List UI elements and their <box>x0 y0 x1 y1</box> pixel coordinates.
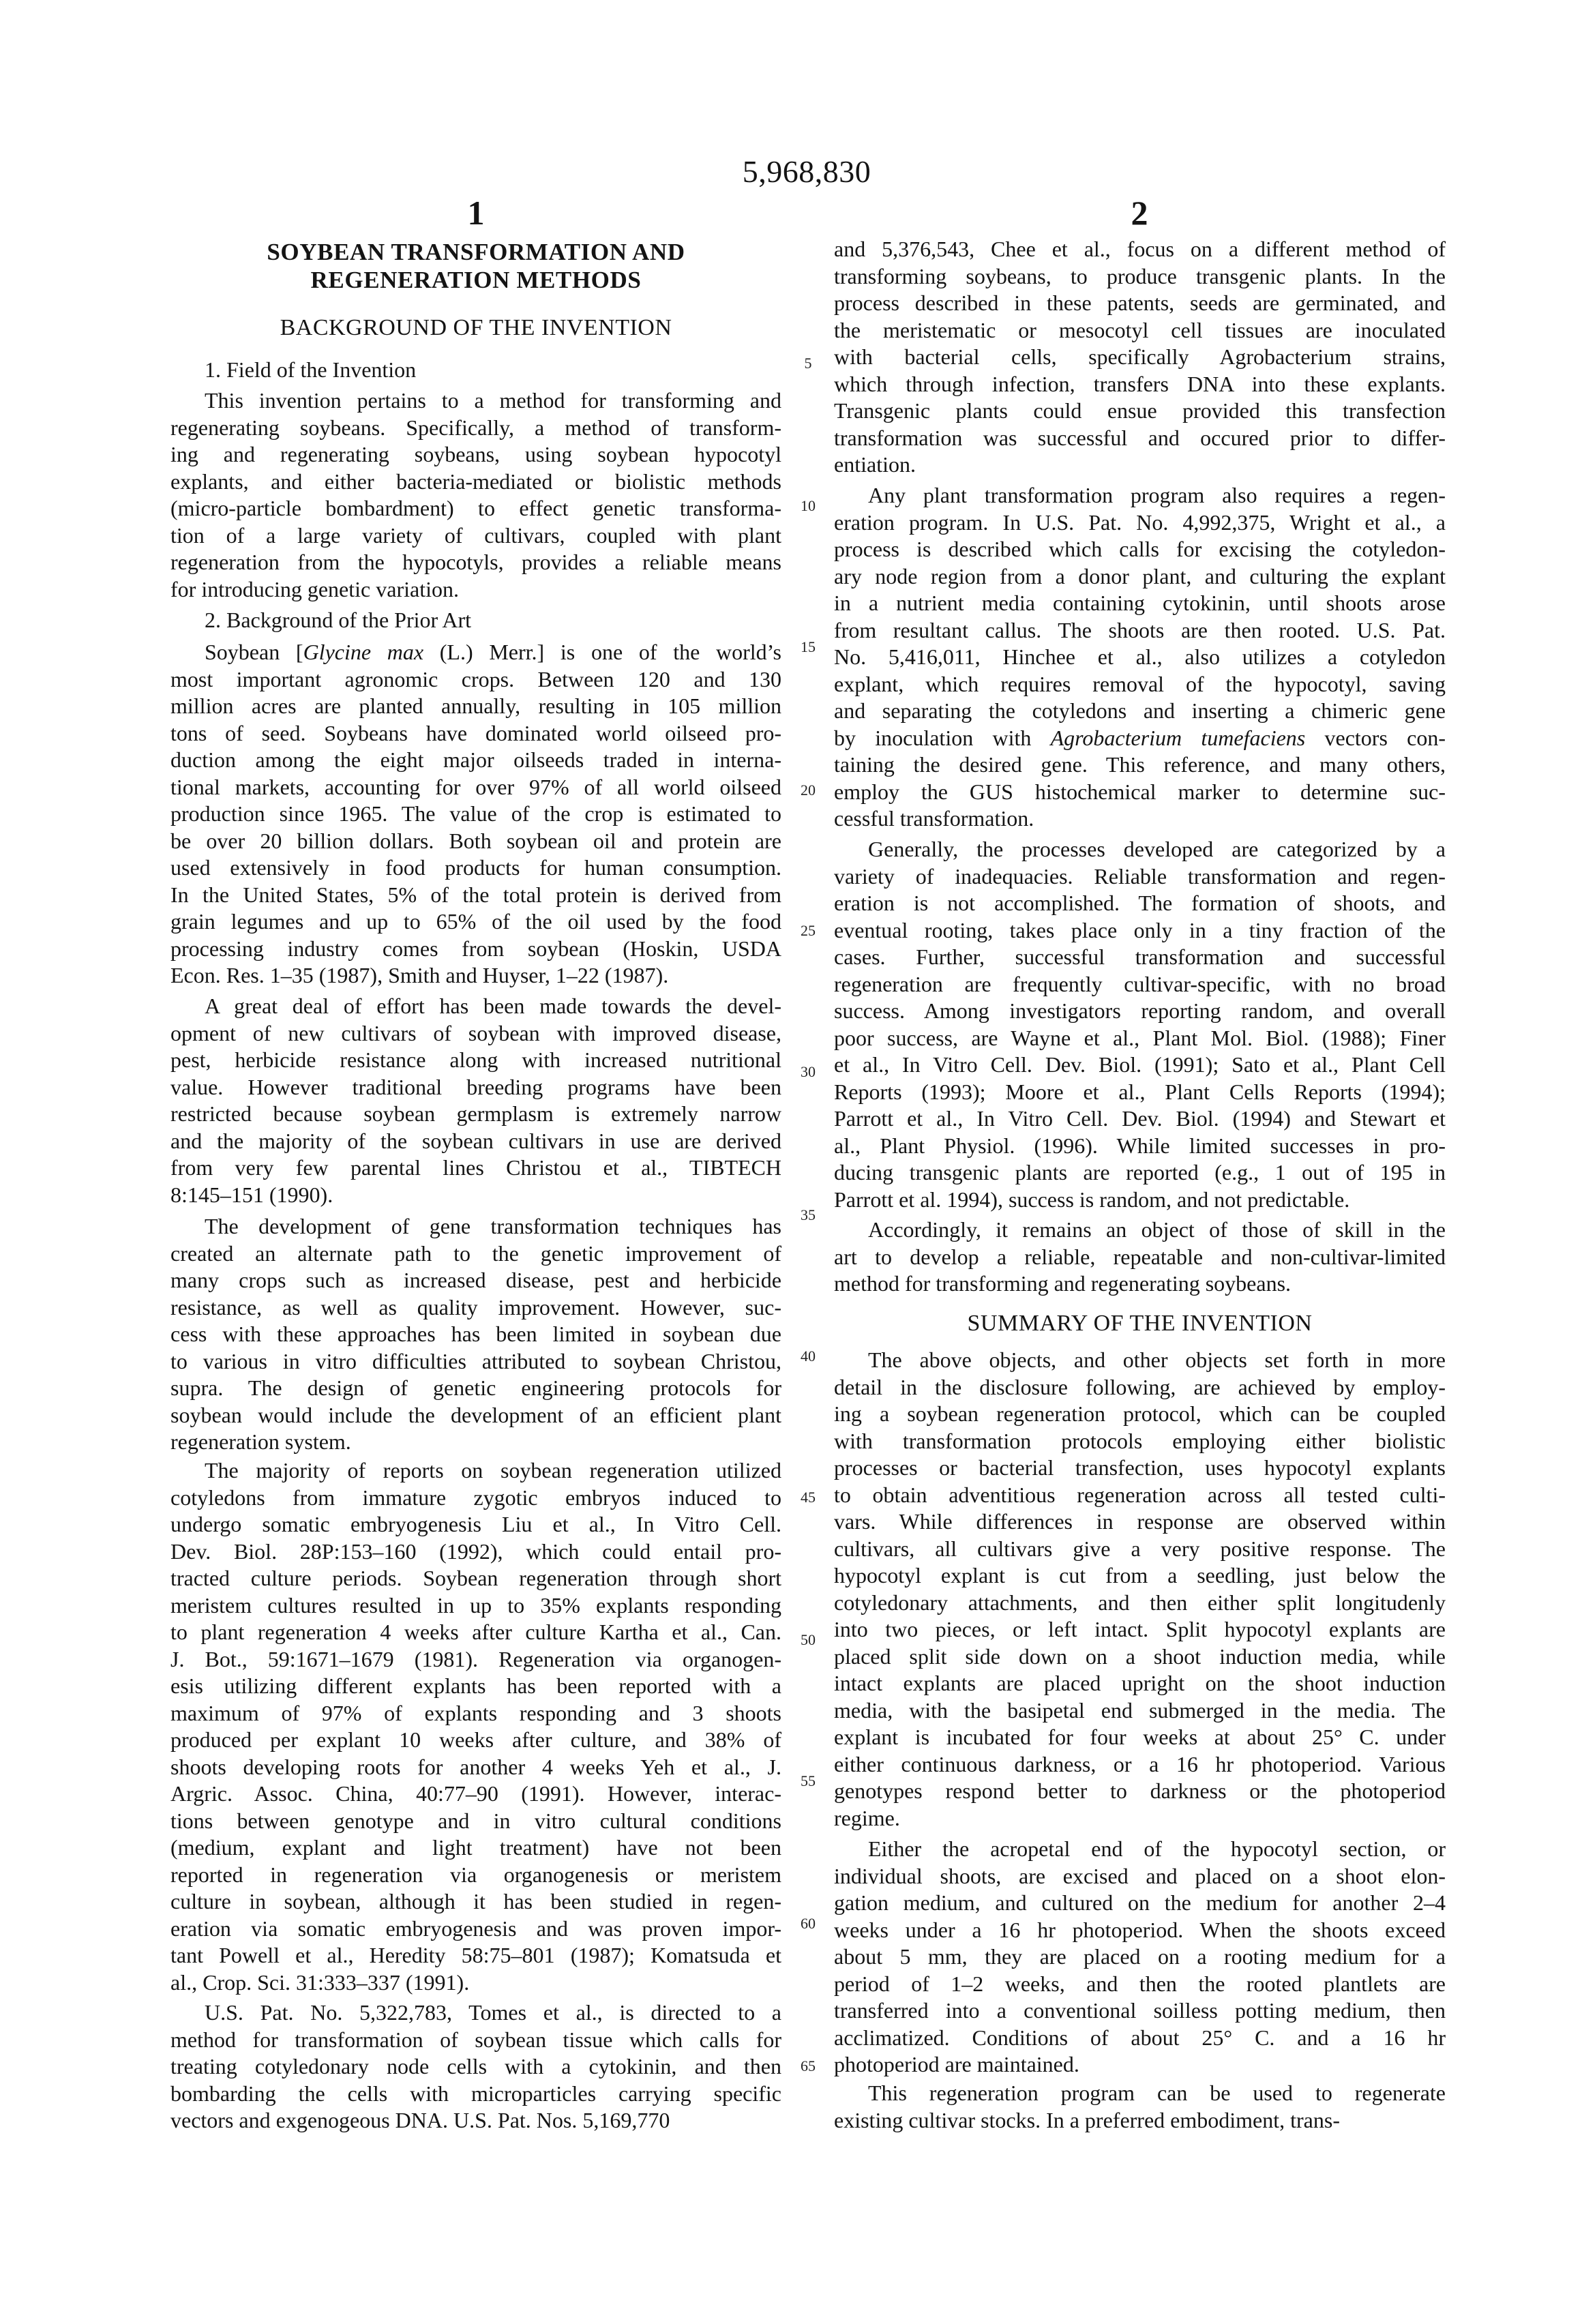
text-line: supra. The design of genetic engineering… <box>170 1375 781 1402</box>
paragraph-above-objects: The above objects, and other objects set… <box>834 1347 1446 1832</box>
text-line: cultivars, all cultivars give a very pos… <box>834 1536 1446 1563</box>
text-line: processes or bacterial transfection, use… <box>834 1455 1446 1482</box>
text-line: Generally, the processes developed are c… <box>834 836 1446 863</box>
text-line: This regeneration program can be used to… <box>834 2080 1446 2107</box>
paragraph-great-deal: A great deal of effort has been made tow… <box>170 993 781 1208</box>
paragraph-field: This invention pertains to a method for … <box>170 387 781 603</box>
text-line: gation medium, and cultured on the mediu… <box>834 1890 1446 1917</box>
text-line: Any plant transformation program also re… <box>834 482 1446 509</box>
text-line: tional markets, accounting for over 97% … <box>170 774 781 801</box>
text-line: tracted culture periods. Soybean regener… <box>170 1565 781 1592</box>
text-line: process is described which calls for exc… <box>834 536 1446 563</box>
text-line: regenerating soybeans. Specifically, a m… <box>170 415 781 442</box>
text-line: method for transforming and regenerating… <box>834 1270 1446 1298</box>
text-line: explant is incubated for four weeks at a… <box>834 1724 1446 1751</box>
text-line: al., Plant Physiol. (1996). While limite… <box>834 1133 1446 1160</box>
section-heading-background: BACKGROUND OF THE INVENTION <box>170 314 781 342</box>
text-line: by inoculation with Agrobacterium tumefa… <box>834 725 1446 752</box>
text-line: The development of gene transformation t… <box>170 1213 781 1240</box>
text-line: be over 20 billion dollars. Both soybean… <box>170 828 781 855</box>
text-line: cotyledons from immature zygotic embryos… <box>170 1485 781 1512</box>
text-line: tons of seed. Soybeans have dominated wo… <box>170 720 781 747</box>
text-line: The majority of reports on soybean regen… <box>170 1457 781 1485</box>
subheading-field-of-invention: 1. Field of the Invention <box>170 357 781 384</box>
text-line: poor success, are Wayne et al., Plant Mo… <box>834 1025 1446 1052</box>
line-number: 10 <box>791 498 825 514</box>
text-line: and the majority of the soybean cultivar… <box>170 1128 781 1155</box>
text-line: This invention pertains to a method for … <box>170 387 781 415</box>
text-line: transformation was successful and occure… <box>834 425 1446 452</box>
text-line: Soybean [Glycine max (L.) Merr.] is one … <box>170 639 781 666</box>
text-segment: by inoculation with <box>834 726 1051 750</box>
text-line: process described in these patents, seed… <box>834 290 1446 317</box>
text-line: explants, and either bacteria-mediated o… <box>170 468 781 496</box>
text-line: cotyledonary attachments, and then eithe… <box>834 1590 1446 1617</box>
text-line: cessful transformation. <box>834 805 1446 833</box>
text-line: A great deal of effort has been made tow… <box>170 993 781 1020</box>
text-line: tant Powell et al., Heredity 58:75–801 (… <box>170 1942 781 1969</box>
text-line: in a nutrient media containing cytokinin… <box>834 590 1446 617</box>
text-line: 8:145–151 (1990). <box>170 1182 781 1209</box>
text-line: treating cotyledonary node cells with a … <box>170 2053 781 2081</box>
text-line: (medium, explant and light treatment) ha… <box>170 1834 781 1862</box>
text-line: taining the desired gene. This reference… <box>834 751 1446 779</box>
text-line: ary node region from a donor plant, and … <box>834 563 1446 591</box>
line-number: 30 <box>791 1064 825 1080</box>
text-line: cess with these approaches has been limi… <box>170 1321 781 1348</box>
text-line: employ the GUS histochemical marker to d… <box>834 779 1446 806</box>
text-line: regeneration from the hypocotyls, provid… <box>170 549 781 576</box>
italic-term: Glycine max <box>303 640 424 664</box>
line-number: 25 <box>791 923 825 939</box>
text-line: the meristematic or mesocotyl cell tissu… <box>834 317 1446 344</box>
text-line: Parrott et al., In Vitro Cell. Dev. Biol… <box>834 1105 1446 1133</box>
text-line: explant, which requires removal of the h… <box>834 671 1446 698</box>
text-line: bombarding the cells with microparticles… <box>170 2081 781 2108</box>
text-segment: vectors con- <box>1305 726 1446 750</box>
subheading-prior-art: 2. Background of the Prior Art <box>170 607 781 634</box>
column-number-left: 1 <box>408 195 544 230</box>
text-line: Accordingly, it remains an object of tho… <box>834 1217 1446 1244</box>
line-number: 45 <box>791 1489 825 1506</box>
paragraph-either: Either the acropetal end of the hypocoty… <box>834 1836 1446 2079</box>
text-line: Parrott et al. 1994), success is random,… <box>834 1187 1446 1214</box>
text-line: eration is not accomplished. The formati… <box>834 890 1446 917</box>
text-line: duction among the eight major oilseeds t… <box>170 747 781 774</box>
text-line: maximum of 97% of explants responding an… <box>170 1700 781 1727</box>
text-line: from resultant callus. The shoots are th… <box>834 617 1446 644</box>
text-line: Either the acropetal end of the hypocoty… <box>834 1836 1446 1863</box>
paragraph-chee: and 5,376,543, Chee et al., focus on a d… <box>834 236 1446 479</box>
text-line: existing cultivar stocks. In a preferred… <box>834 2107 1446 2134</box>
text-line: hypocotyl explant is cut from a seedling… <box>834 1562 1446 1590</box>
text-line: eration program. In U.S. Pat. No. 4,992,… <box>834 509 1446 537</box>
text-line: placed split side down on a shoot induct… <box>834 1643 1446 1671</box>
text-segment: Soybean [ <box>205 640 303 664</box>
text-line: with transformation protocols employing … <box>834 1428 1446 1455</box>
text-line: produced per explant 10 weeks after cult… <box>170 1727 781 1754</box>
text-line: Transgenic plants could ensue provided t… <box>834 398 1446 425</box>
text-line: transforming soybeans, to produce transg… <box>834 263 1446 290</box>
text-line: photoperiod are maintained. <box>834 2051 1446 2079</box>
subheading-text: 2. Background of the Prior Art <box>170 607 781 634</box>
paragraph-any-plant: Any plant transformation program also re… <box>834 482 1446 833</box>
column-number-right: 2 <box>1071 195 1208 230</box>
text-line: period of 1–2 weeks, and then the rooted… <box>834 1971 1446 1998</box>
text-line: soybean would include the development of… <box>170 1402 781 1429</box>
text-line: esis utilizing different explants has be… <box>170 1673 781 1700</box>
text-line: method for transformation of soybean tis… <box>170 2027 781 2054</box>
text-line: many crops such as increased disease, pe… <box>170 1267 781 1294</box>
text-line: regime. <box>834 1805 1446 1832</box>
text-line: media, with the basipetal end submerged … <box>834 1697 1446 1725</box>
text-line: undergo somatic embryogenesis Liu et al.… <box>170 1511 781 1538</box>
paragraph-development: The development of gene transformation t… <box>170 1213 781 1456</box>
text-line: detail in the disclosure following, are … <box>834 1374 1446 1401</box>
text-line: and 5,376,543, Chee et al., focus on a d… <box>834 236 1446 263</box>
text-line: et al., In Vitro Cell. Dev. Biol. (1991)… <box>834 1052 1446 1079</box>
text-line: shoots developing roots for another 4 we… <box>170 1754 781 1781</box>
text-line: eration via somatic embryogenesis and wa… <box>170 1916 781 1943</box>
text-line: (micro-particle bombardment) to effect g… <box>170 495 781 522</box>
patent-title: SOYBEAN TRANSFORMATION AND REGENERATION … <box>170 238 781 294</box>
text-line: which through infection, transfers DNA i… <box>834 371 1446 398</box>
text-line: success. Among investigators reporting r… <box>834 998 1446 1025</box>
line-number: 5 <box>791 355 825 372</box>
section-heading-summary: SUMMARY OF THE INVENTION <box>834 1310 1446 1337</box>
line-number: 15 <box>791 639 825 655</box>
italic-term: Agrobacterium tumefaciens <box>1051 726 1306 750</box>
text-line: most important agronomic crops. Between … <box>170 666 781 694</box>
text-line: tions between genotype and in vitro cult… <box>170 1808 781 1835</box>
text-line: ing and regenerating soybeans, using soy… <box>170 441 781 468</box>
line-number: 65 <box>791 2058 825 2074</box>
paragraph-soybean: Soybean [Glycine max (L.) Merr.] is one … <box>170 639 781 989</box>
text-line: million acres are planted annually, resu… <box>170 693 781 720</box>
line-number: 40 <box>791 1348 825 1365</box>
text-line: entiation. <box>834 451 1446 479</box>
text-line: used extensively in food products for hu… <box>170 854 781 882</box>
text-line: regeneration system. <box>170 1429 781 1456</box>
text-line: production since 1965. The value of the … <box>170 801 781 828</box>
line-number: 20 <box>791 782 825 799</box>
text-line: ducing transgenic plants are reported (e… <box>834 1159 1446 1187</box>
paragraph-generally: Generally, the processes developed are c… <box>834 836 1446 1213</box>
text-line: from very few parental lines Christou et… <box>170 1154 781 1182</box>
text-segment: (L.) Merr.] is one of the world’s <box>423 640 781 664</box>
text-line: about 5 mm, they are placed on a rooting… <box>834 1943 1446 1971</box>
text-line: In the United States, 5% of the total pr… <box>170 882 781 909</box>
paragraph-this-regeneration: This regeneration program can be used to… <box>834 2080 1446 2134</box>
text-line: weeks under a 16 hr photoperiod. When th… <box>834 1917 1446 1944</box>
text-line: opment of new cultivars of soybean with … <box>170 1020 781 1047</box>
text-line: culture in soybean, although it has been… <box>170 1888 781 1916</box>
text-line: cases. Further, successful transformatio… <box>834 944 1446 971</box>
text-line: regeneration are frequently cultivar-spe… <box>834 971 1446 998</box>
text-line: pest, herbicide resistance along with in… <box>170 1047 781 1074</box>
text-line: No. 5,416,011, Hinchee et al., also util… <box>834 644 1446 671</box>
text-line: into two pieces, or left intact. Split h… <box>834 1616 1446 1643</box>
text-line: intact explants are placed upright on th… <box>834 1670 1446 1697</box>
text-line: to obtain adventitious regeneration acro… <box>834 1482 1446 1509</box>
text-line: restricted because soybean germplasm is … <box>170 1101 781 1128</box>
paragraph-tomes: U.S. Pat. No. 5,322,783, Tomes et al., i… <box>170 1999 781 2134</box>
paragraph-accordingly: Accordingly, it remains an object of tho… <box>834 1217 1446 1298</box>
patent-number: 5,968,830 <box>0 154 1582 190</box>
line-number: 55 <box>791 1773 825 1789</box>
text-line: meristem cultures resulted in up to 35% … <box>170 1592 781 1620</box>
text-line: U.S. Pat. No. 5,322,783, Tomes et al., i… <box>170 1999 781 2027</box>
text-line: value. However traditional breeding prog… <box>170 1074 781 1101</box>
text-line: vars. While differences in response are … <box>834 1508 1446 1536</box>
text-line: to various in vitro difficulties attribu… <box>170 1348 781 1375</box>
text-line: Dev. Biol. 28P:153–160 (1992), which cou… <box>170 1538 781 1566</box>
text-line: Argric. Assoc. China, 40:77–90 (1991). H… <box>170 1781 781 1808</box>
text-line: J. Bot., 59:1671–1679 (1981). Regenerati… <box>170 1646 781 1673</box>
text-line: Econ. Res. 1–35 (1987), Smith and Huyser… <box>170 962 781 989</box>
text-line: genotypes respond better to darkness or … <box>834 1778 1446 1805</box>
paragraph-majority: The majority of reports on soybean regen… <box>170 1457 781 1996</box>
title-line: REGENERATION METHODS <box>170 266 781 294</box>
text-line: created an alternate path to the genetic… <box>170 1240 781 1268</box>
text-line: al., Crop. Sci. 31:333–337 (1991). <box>170 1969 781 1997</box>
text-line: transferred into a conventional soilless… <box>834 1997 1446 2025</box>
text-line: and separating the cotyledons and insert… <box>834 698 1446 725</box>
line-number: 60 <box>791 1916 825 1932</box>
text-line: either continuous darkness, or a 16 hr p… <box>834 1751 1446 1778</box>
text-line: with bacterial cells, specifically Agrob… <box>834 344 1446 371</box>
text-line: for introducing genetic variation. <box>170 576 781 604</box>
title-line: SOYBEAN TRANSFORMATION AND <box>170 238 781 266</box>
text-line: acclimatized. Conditions of about 25° C.… <box>834 2025 1446 2052</box>
line-number: 35 <box>791 1207 825 1223</box>
text-line: ing a soybean regeneration protocol, whi… <box>834 1401 1446 1428</box>
text-line: grain legumes and up to 65% of the oil u… <box>170 908 781 936</box>
text-line: art to develop a reliable, repeatable an… <box>834 1244 1446 1271</box>
text-line: variety of inadequacies. Reliable transf… <box>834 863 1446 891</box>
text-line: The above objects, and other objects set… <box>834 1347 1446 1374</box>
text-line: vectors and exgenogeous DNA. U.S. Pat. N… <box>170 2107 781 2134</box>
text-line: processing industry comes from soybean (… <box>170 936 781 963</box>
text-line: individual shoots, are excised and place… <box>834 1863 1446 1890</box>
text-line: reported in regeneration via organogenes… <box>170 1862 781 1889</box>
text-line: tion of a large variety of cultivars, co… <box>170 522 781 550</box>
subheading-text: 1. Field of the Invention <box>170 357 781 384</box>
text-line: Reports (1993); Moore et al., Plant Cell… <box>834 1079 1446 1106</box>
text-line: eventual rooting, takes place only in a … <box>834 917 1446 944</box>
text-line: to plant regeneration 4 weeks after cult… <box>170 1619 781 1646</box>
line-number: 50 <box>791 1632 825 1648</box>
text-line: resistance, as well as quality improveme… <box>170 1294 781 1322</box>
